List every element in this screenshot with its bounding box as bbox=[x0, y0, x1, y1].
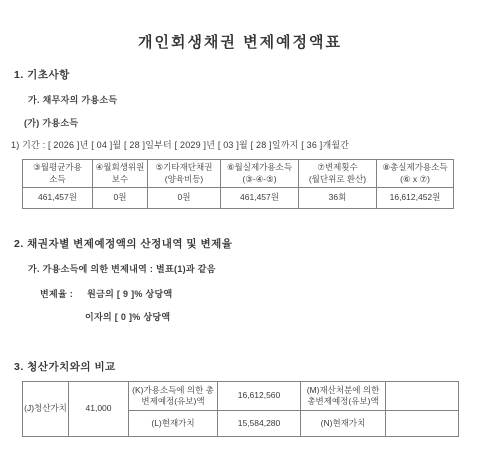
income-table-value-row: 461,457원 0원 0원 461,457원 36회 16,612,452원 bbox=[23, 188, 454, 209]
trustee-fee-value: 0원 bbox=[93, 188, 148, 209]
total-expected-repayment-by-income-label: (K)가용소득에 의한 총 변제예정(유보)액 bbox=[129, 382, 218, 411]
income-table-header-other-claims: ⑤기타재단채권 (양육비등) bbox=[148, 160, 221, 188]
income-table-header-avg-income: ③월평균가용 소득 bbox=[23, 160, 93, 188]
income-table-header-total-income: ⑧총실제가용소득 (⑥ x ⑦) bbox=[377, 160, 454, 188]
label-line: 총변제예정(유보)액 bbox=[302, 396, 384, 407]
other-claims-value: 0원 bbox=[148, 188, 221, 209]
repayment-count-value: 36회 bbox=[299, 188, 377, 209]
interest-rate-row: 이자의 [ 0 ]% 상당액 bbox=[85, 310, 480, 323]
liquidation-value-label: (J)청산가치 bbox=[23, 382, 69, 437]
label-line: (M)재산처분에 의한 bbox=[302, 385, 384, 396]
income-table-header-row: ③월평균가용 소득 ④월회생위원 보수 ⑤기타재단채권 (양육비등) ⑥월실제가… bbox=[23, 160, 454, 188]
present-value-by-asset-value bbox=[386, 411, 459, 437]
repayment-rate-row: 변제율 :원금의 [ 9 ]% 상당액 bbox=[40, 287, 480, 300]
interest-rate-text: 이자의 [ 0 ]% 상당액 bbox=[85, 312, 170, 322]
header-line: (③-④-⑤) bbox=[222, 174, 297, 185]
header-line: (⑥ x ⑦) bbox=[378, 174, 452, 185]
header-line: ⑦변제횟수 bbox=[300, 162, 375, 173]
section2-heading: 2. 채권자별 변제예정액의 산정내역 및 변제율 bbox=[14, 236, 480, 251]
total-income-value: 16,612,452원 bbox=[377, 188, 454, 209]
section1-heading: 1. 기초사항 bbox=[14, 67, 480, 82]
actual-income-value: 461,457원 bbox=[221, 188, 299, 209]
label-line: 변제예정(유보)액 bbox=[130, 396, 216, 407]
income-table-header-repayment-count: ⑦변제횟수 (월단위로 환산) bbox=[299, 160, 377, 188]
header-line: ③월평균가용 bbox=[24, 162, 91, 173]
comparison-row-1: (J)청산가치 41,000 (K)가용소득에 의한 총 변제예정(유보)액 1… bbox=[23, 382, 459, 411]
header-line: ④월회생위원 bbox=[94, 162, 146, 173]
present-value-by-income-label: (L)현재가치 bbox=[129, 411, 218, 437]
present-value-by-asset-label: (N)현재가치 bbox=[301, 411, 386, 437]
income-table: ③월평균가용 소득 ④월회생위원 보수 ⑤기타재단채권 (양육비등) ⑥월실제가… bbox=[22, 159, 454, 209]
section1-subheading-available-income: (가) 가용소득 bbox=[24, 116, 480, 129]
repayment-rate-label: 변제율 : bbox=[40, 289, 73, 299]
liquidation-value: 41,000 bbox=[69, 382, 129, 437]
section2-subheading-repayment-detail: 가. 가용소득에 의한 변제내역 : 별표(1)과 같음 bbox=[28, 262, 480, 275]
total-expected-repayment-by-income-value: 16,612,560 bbox=[218, 382, 301, 411]
document-page: 개인회생채권 변제예정액표 1. 기초사항 가. 채무자의 가용소득 (가) 가… bbox=[0, 0, 480, 454]
header-line: 보수 bbox=[94, 174, 146, 185]
principal-rate-text: 원금의 [ 9 ]% 상당액 bbox=[87, 289, 172, 299]
header-line: ⑧총실제가용소득 bbox=[378, 162, 452, 173]
section1-subheading-debtor-income: 가. 채무자의 가용소득 bbox=[28, 93, 480, 106]
header-line: (월단위로 환산) bbox=[300, 174, 375, 185]
label-line: (K)가용소득에 의한 총 bbox=[130, 385, 216, 396]
total-expected-repayment-by-asset-label: (M)재산처분에 의한 총변제예정(유보)액 bbox=[301, 382, 386, 411]
section3-heading: 3. 청산가치와의 비교 bbox=[14, 359, 480, 374]
total-expected-repayment-by-asset-value bbox=[386, 382, 459, 411]
repayment-period-line: 1) 기간 : [ 2026 ]년 [ 04 ]월 [ 28 ]일부터 [ 20… bbox=[11, 138, 480, 151]
income-table-header-actual-income: ⑥월실제가용소득 (③-④-⑤) bbox=[221, 160, 299, 188]
page-title: 개인회생채권 변제예정액표 bbox=[0, 0, 480, 52]
header-line: (양육비등) bbox=[149, 174, 219, 185]
header-line: ⑤기타재단채권 bbox=[149, 162, 219, 173]
header-line: ⑥월실제가용소득 bbox=[222, 162, 297, 173]
present-value-by-income-value: 15,584,280 bbox=[218, 411, 301, 437]
liquidation-comparison-table: (J)청산가치 41,000 (K)가용소득에 의한 총 변제예정(유보)액 1… bbox=[22, 381, 459, 437]
header-line: 소득 bbox=[24, 174, 91, 185]
income-table-header-trustee-fee: ④월회생위원 보수 bbox=[93, 160, 148, 188]
avg-income-value: 461,457원 bbox=[23, 188, 93, 209]
